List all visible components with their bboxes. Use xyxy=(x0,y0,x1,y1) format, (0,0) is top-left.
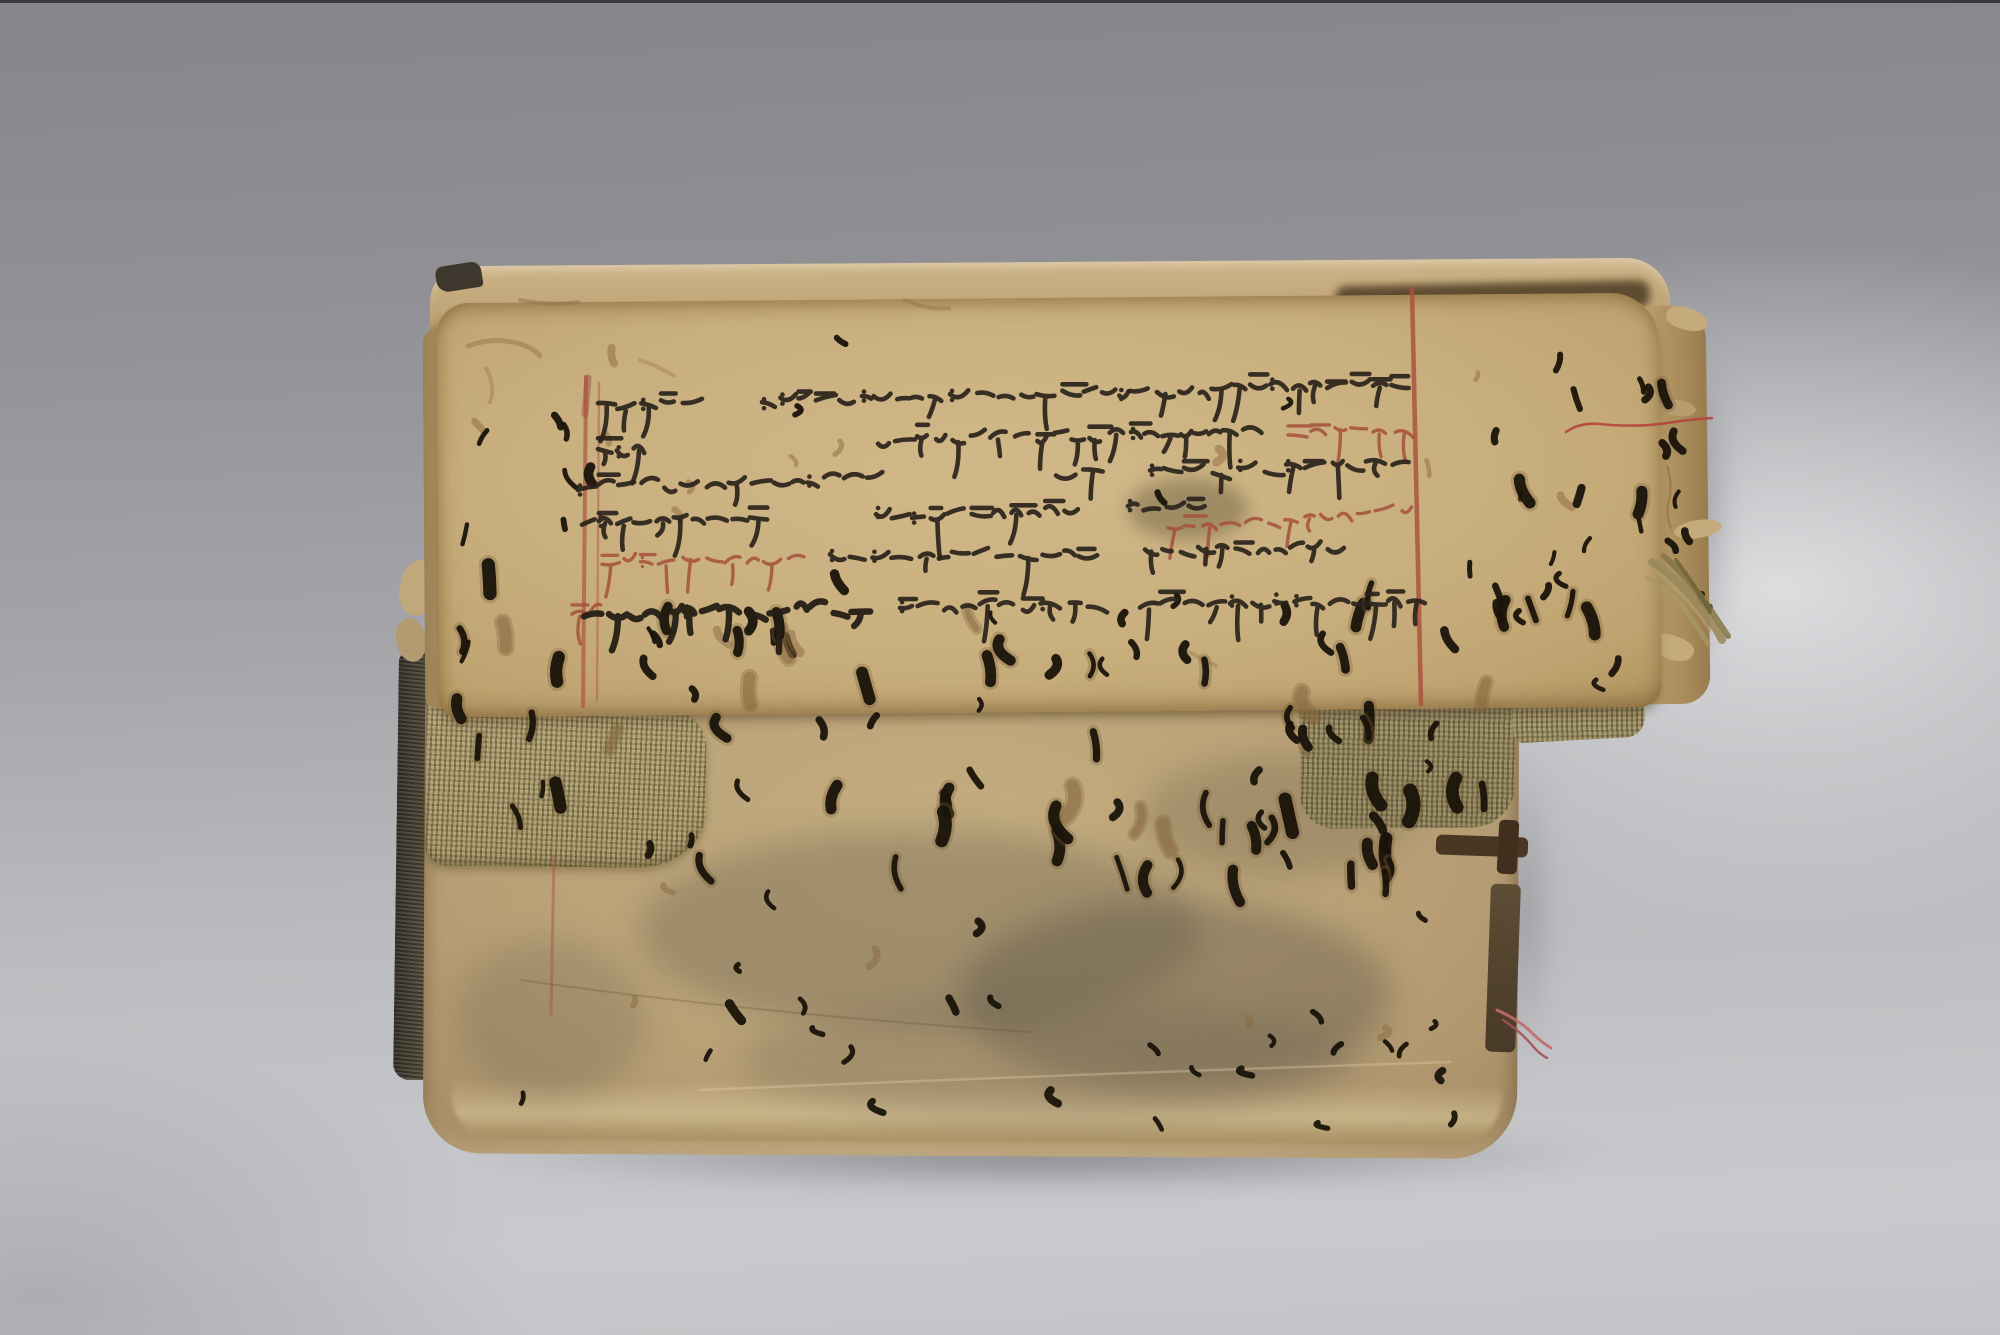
worm-hole-layer xyxy=(456,338,1709,1130)
thread-layer xyxy=(1497,418,1712,1058)
detail-overlay xyxy=(0,0,2000,1335)
crease-layer xyxy=(520,980,1450,1090)
handwriting-layer xyxy=(572,374,1425,652)
photo-scene xyxy=(0,0,2000,1335)
cloth-tassel-layer xyxy=(1648,556,1728,644)
